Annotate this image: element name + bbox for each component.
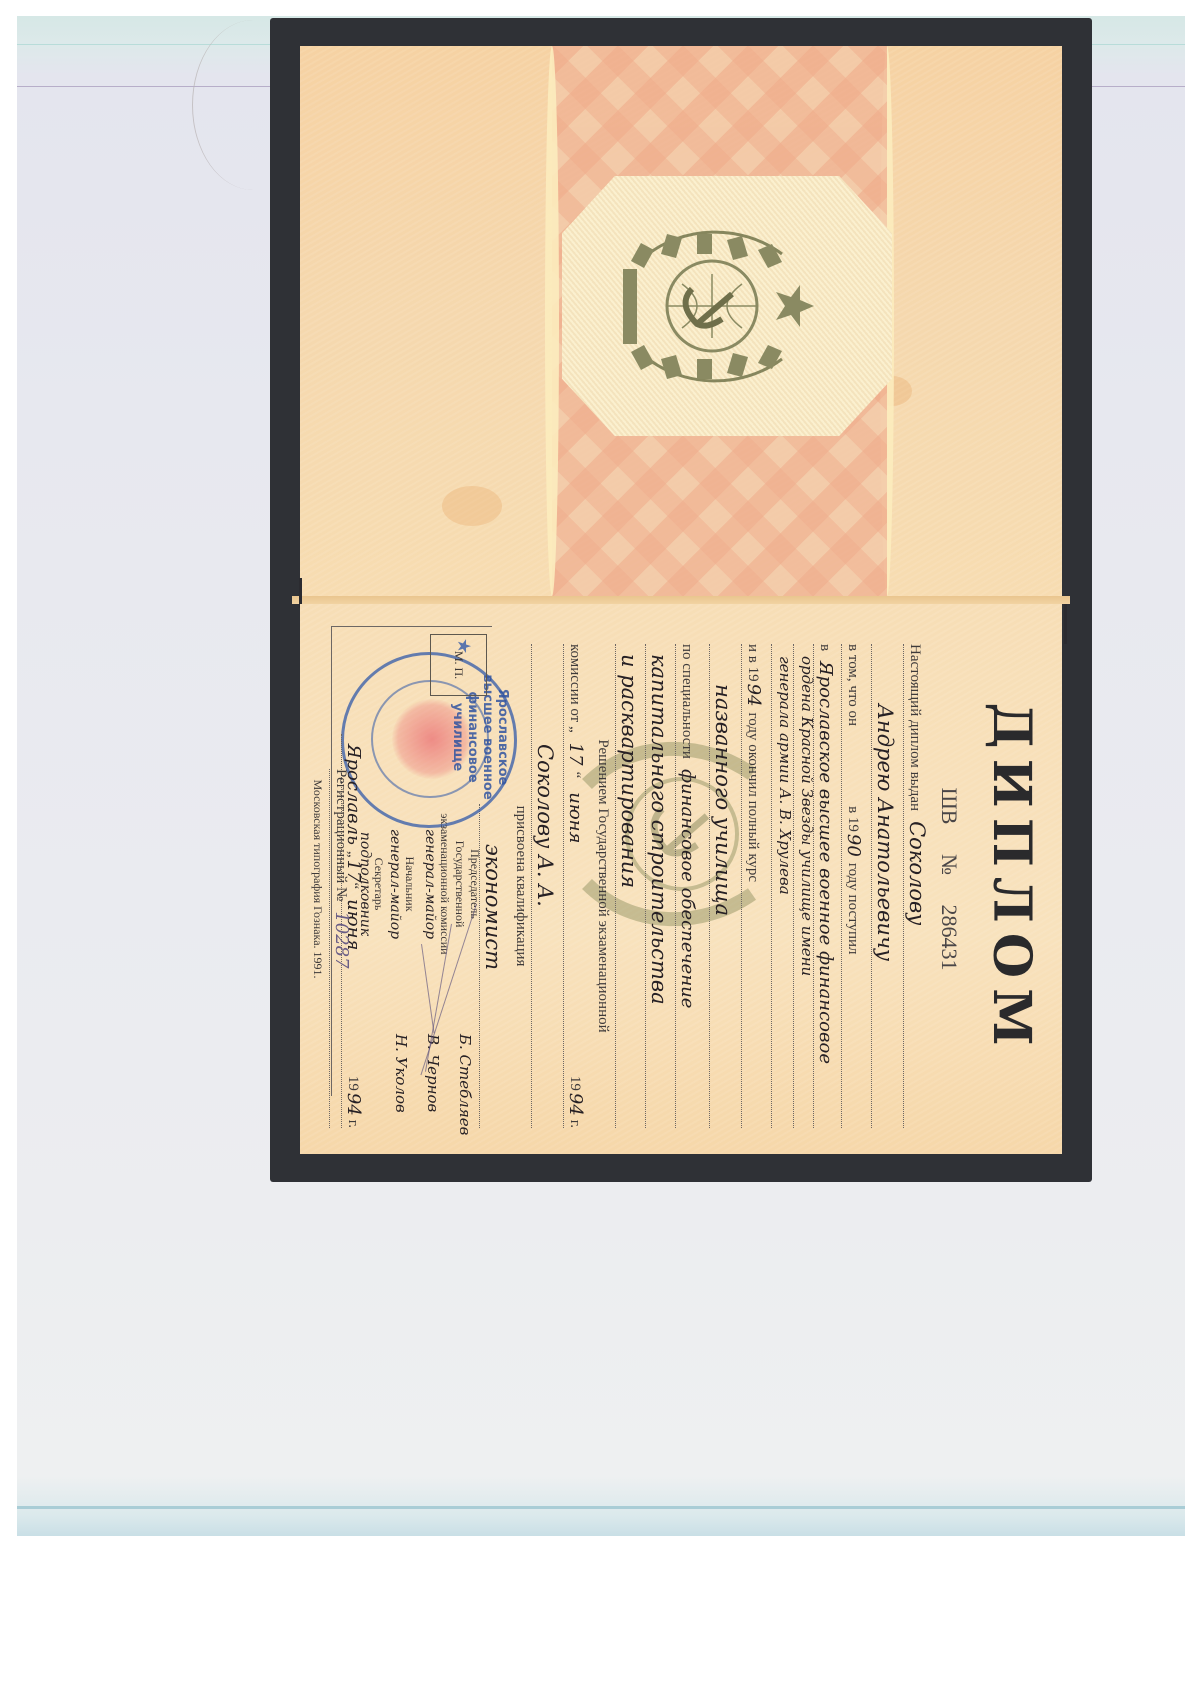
specialty-row: по специальности финансовое обеспечение	[675, 644, 706, 1128]
label: “	[564, 766, 583, 779]
label: году поступил	[842, 857, 861, 955]
head-role: Начальник	[402, 829, 417, 939]
decision-text: Решением Государственной экзаменационной	[592, 739, 611, 1032]
scan-artifact-line	[17, 1506, 1185, 1509]
enroll-year-handwritten: 90	[842, 832, 864, 857]
institution-line-3: генерала армии А. В. Хрулева	[771, 644, 794, 1128]
right-page: ДИПЛОМ ШВ № 286431 Настоящий диплом выда…	[300, 604, 1062, 1154]
qualification-label-row: присвоена квалификация	[510, 644, 540, 1128]
secretary-role: Секретарь	[371, 829, 386, 939]
enrolled-row: в том, что он в 19 90 году поступил	[841, 644, 872, 1128]
number-sign: №	[937, 854, 962, 875]
name-row: Андрею Анатольевичу	[871, 644, 902, 1128]
label: и в 19	[742, 644, 761, 682]
label: по специальности	[676, 644, 695, 759]
label: году окончил полный курс	[742, 707, 761, 883]
institution-line-2: ордена Красной Звезды училище имени	[793, 644, 816, 1128]
diploma-scan: ДИПЛОМ ШВ № 286431 Настоящий диплом выда…	[270, 18, 1092, 1182]
diploma-title: ДИПЛОМ	[981, 604, 1042, 1154]
decision-day-handwritten: 17	[564, 733, 586, 766]
named-school-row: названного училища	[709, 644, 740, 1128]
secretary-name-handwritten: Н. Уколов	[393, 1034, 408, 1113]
label: в 19	[842, 726, 861, 832]
chairman-rank-handwritten: генерал-майор	[422, 809, 437, 959]
label: в том, что он	[842, 644, 861, 726]
printer-imprint: Московская типография Гознака. 1991.	[310, 604, 325, 1154]
left-page	[300, 46, 1062, 596]
issued-to-row: Настоящий диплом выдан Соколову	[903, 644, 934, 1128]
diploma-text: ДИПЛОМ ШВ № 286431 Настоящий диплом выда…	[300, 604, 1062, 1154]
chairman-role: Председатель Государственной экзаменацио…	[437, 809, 482, 959]
decision-date-row: комиссии от „ 17 “ июня 19 94 г.	[563, 644, 594, 1128]
emblem-plate	[562, 176, 892, 436]
institution-row: в Ярославское высшее военное финансовое	[813, 644, 844, 1128]
seal-place-label: М. П.	[451, 651, 466, 679]
decision-row: Решением Государственной экзаменационной	[592, 644, 622, 1128]
diploma-booklet: ДИПЛОМ ШВ № 286431 Настоящий диплом выда…	[270, 18, 1092, 1182]
stain	[442, 486, 502, 526]
head-name-handwritten: В. Чернов	[425, 1034, 440, 1112]
chairman-name-handwritten: Б. Стебляев	[457, 1034, 472, 1135]
registration-number-handwritten: 10287	[330, 901, 352, 968]
star-icon: ★	[453, 638, 474, 654]
seal-frame-line	[332, 626, 492, 627]
named-school-handwritten: названного училища	[710, 644, 735, 916]
graduation-year-handwritten: 94	[742, 682, 764, 707]
specialty-row-2: капитального строительства	[645, 644, 676, 1128]
label: г.	[564, 1116, 583, 1128]
registration-row: Регистрационный № 10287	[329, 769, 350, 1128]
label: 19	[564, 1076, 583, 1091]
decision-year-handwritten: 94	[564, 1091, 586, 1116]
booklet-spine	[292, 596, 1070, 604]
given-name-handwritten: Андрею Анатольевичу	[872, 644, 897, 961]
label: комиссии от „	[564, 644, 583, 733]
graduated-row: и в 19 94 году окончил полный курс	[741, 644, 772, 1128]
specialty-line-2: капитального строительства	[646, 644, 671, 1005]
qualification-label: присвоена квалификация	[510, 806, 529, 967]
institution-handwritten: Ярославское высшее военное финансовое	[814, 651, 836, 1064]
surname-handwritten: Соколову	[904, 811, 929, 925]
diploma-number: ШВ № 286431	[936, 604, 962, 1154]
series: ШВ	[937, 788, 962, 825]
serial-number: 286431	[937, 904, 962, 970]
label: в	[814, 644, 833, 651]
qualification-handwritten: экономист	[480, 804, 505, 970]
decision-month-handwritten: июня	[564, 778, 586, 843]
head-rank-handwritten: генерал-майор	[387, 814, 402, 954]
fold-mark	[1064, 604, 1067, 644]
registration-label: Регистрационный №	[330, 769, 349, 901]
label: Настоящий диплом выдан	[904, 644, 923, 811]
ussr-coat-of-arms-icon	[612, 214, 842, 399]
qualification-row: экономист	[479, 804, 510, 1128]
footer-rule	[331, 626, 332, 1096]
specialty-handwritten: финансовое обеспечение	[676, 759, 698, 1008]
guilloche-edge	[545, 46, 559, 596]
